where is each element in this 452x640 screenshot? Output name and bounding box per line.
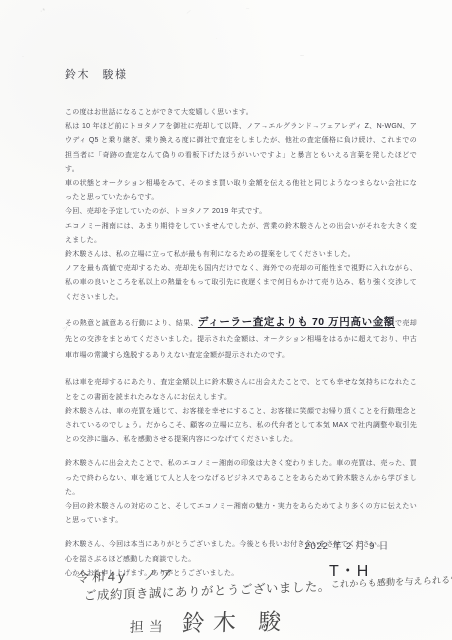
paragraph-opening: この度はお世話になることができて大変嬉しく思います。	[65, 106, 417, 120]
staff-signature-name: 鈴木 駿	[181, 608, 289, 636]
letter-body: この度はお世話になることができて大変嬉しく思います。 私は 10 年ほど前にトヨ…	[65, 106, 417, 581]
highlight-phrase-price: ディーラー査定よりも 70 万円高い金額	[198, 316, 395, 328]
paragraph-encounter: エコノミー湘南には、あまり期待をしていませんでしたが、営業の鈴木駿さんとの出会い…	[65, 220, 417, 248]
scan-artifact: ·	[216, 36, 218, 42]
paragraph-history-2: 車の状態とオークション相場をみて、そのまま買い取り金額を伝える他社と同じようなつ…	[65, 177, 417, 205]
scanned-letter-page: 鈴木 駿様 この度はお世話になることができて大変嬉しく思います。 私は 10 年…	[0, 0, 452, 640]
staff-signature: 担当鈴木 駿	[129, 603, 290, 639]
paragraph-sale-plan: 今回、売却を予定していたのが、トヨタノア 2019 年式です。	[65, 205, 417, 219]
paragraph-happiness: 私は車を売却するにあたり、査定金額以上に鈴木駿さんに出会えたことで、とても幸せな…	[65, 376, 417, 404]
paragraph-philosophy: 鈴木駿さんは、車の売買を通じて、お客様を幸せにすること、お客様に笑顔でお帰り頂く…	[65, 405, 417, 448]
result-text-before: その熱意と誠意ある行動により、結果、	[65, 320, 198, 327]
scan-artifact: -	[22, 54, 24, 60]
paragraph-negotiation: ノアを最も高値で売却するため、売却先も国内だけでなく、海外での売却の可能性まで視…	[65, 262, 417, 305]
paragraph-impression: 鈴木駿さんに出会えたことで、私のエコノミー湘南の印象は大きく変わりました。車の売…	[65, 457, 417, 500]
scan-artifact: ~	[300, 53, 304, 60]
paragraph-recommend: 今回の鈴木駿さんの対応のこと、そしてエコノミー湘南の魅力・実力をあらためてより多…	[65, 500, 417, 528]
scan-artifact: –	[245, 6, 250, 13]
paragraph-result: その熱意と誠意ある行動により、結果、ディーラー査定よりも 70 万円高い金額で売…	[65, 314, 417, 365]
paragraph-history: 私は 10 年ほど前にトヨタノアを御社に売却して以降、ノア→エルグランド→フェア…	[65, 120, 417, 177]
paragraph-proposal: 鈴木駿さんは、私の立場に立って私が最も有利になるための提案をしてくださいました。	[65, 248, 417, 262]
staff-signature-label: 担当	[130, 618, 169, 635]
scan-artifact: ⁄	[187, 10, 190, 16]
scan-artifact: ·*	[40, 8, 45, 15]
letter-date: 2022 年 2 月 9 日	[65, 538, 389, 552]
recipient-name: 鈴木 駿様	[65, 66, 128, 82]
